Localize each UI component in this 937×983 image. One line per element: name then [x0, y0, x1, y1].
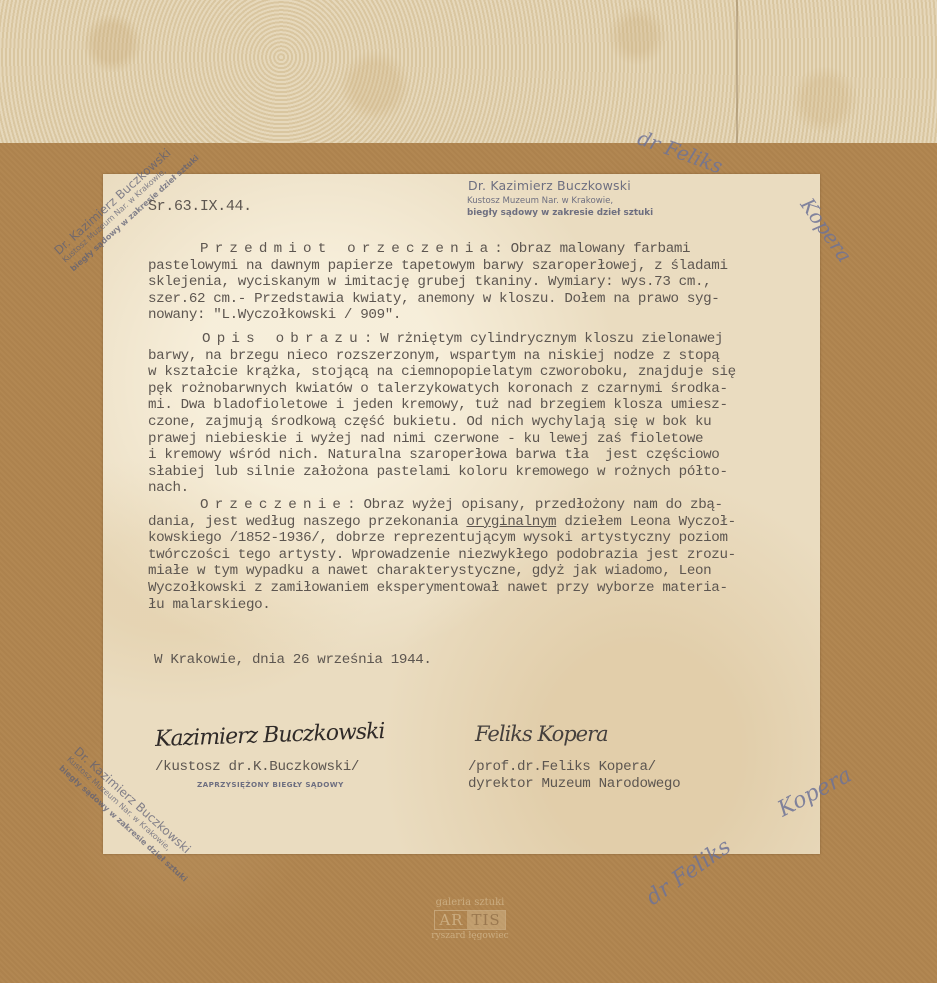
sworn-expert-stamp: ZAPRZYSIĘŻONY BIEGŁY SĄDOWY [197, 780, 344, 789]
verdict-paragraph: Orzeczenie: Obraz wyżej opisany, przedło… [148, 497, 736, 613]
description-line: : W rżniętym cylindrycznym kloszu zielon… [364, 331, 723, 347]
description-line: nach. [148, 480, 189, 496]
letterhead: Dr. Kazimierz Buczkowski Kustosz Muzeum … [467, 178, 667, 218]
watermark-logo-left: AR [435, 911, 467, 929]
verdict-line: dziełem Leona Wyczoł- [556, 514, 736, 530]
description-line: i kremowy wśród nich. Naturalna szaroper… [148, 447, 719, 463]
description-line: prawej niebieskie i wyżej nad nimi czerw… [148, 431, 703, 447]
verdict-line: łu malarskiego. [148, 597, 270, 613]
reference-number: Sr.63.IX.44. [148, 199, 252, 216]
description-line: w kształcie krążka, stojącą na ciemnopop… [148, 364, 736, 380]
description-line: pęk rożnobarwnych kwiatów o talerzykowat… [148, 381, 728, 397]
watermark-line3: ryszard łęgowiec [420, 931, 520, 941]
description-paragraph: Opis obrazu: W rżniętym cylindrycznym kl… [148, 331, 736, 497]
description-line: barwy, na brzegu nieco rozszerzonym, wsp… [148, 348, 719, 364]
description-line: mi. Dwa bladofioletowe i jeden kremowy, … [148, 397, 728, 413]
board-crack [736, 0, 738, 143]
verdict-line: : Obraz wyżej opisany, przedłożony nam d… [347, 497, 723, 513]
watermark-line1: galeria sztuki [420, 897, 520, 908]
subject-line: pastelowymi na dawnym papierze tapetowym… [148, 258, 728, 274]
kopera-name-line: /prof.dr.Feliks Kopera/ [468, 759, 656, 775]
verdict-line: twórczości tego artysty. Wprowadzenie ni… [148, 547, 736, 563]
subject-line: szer.62 cm.- Przedstawia kwiaty, anemony… [148, 291, 719, 307]
verdict-line: dania, jest według naszego przekonania [148, 514, 466, 530]
letterhead-name: Dr. Kazimierz Buczkowski [467, 178, 667, 193]
subject-heading: Przedmiot orzeczenia [200, 241, 494, 257]
description-line: czone, zajmują środkową część bukietu. O… [148, 414, 711, 430]
kopera-title-line: dyrektor Muzeum Narodowego [468, 776, 680, 792]
subject-line: sklejenia, wyciskanym w imitację grubej … [148, 274, 711, 290]
subject-line: : Obraz malowany farbami [494, 241, 690, 257]
subject-paragraph: Przedmiot orzeczenia: Obraz malowany far… [148, 241, 728, 324]
gallery-watermark: galeria sztuki ARTIS ryszard łęgowiec [420, 897, 520, 941]
watermark-logo: ARTIS [434, 910, 505, 930]
verdict-line: miałe w tym wypadku a nawet charakteryst… [148, 563, 711, 579]
underlined-original: oryginalnym [466, 514, 556, 530]
description-heading: Opis obrazu [202, 331, 364, 347]
subject-line: nowany: "L.Wyczołkowski / 909". [148, 307, 401, 323]
letterhead-expertise: biegły sądowy w zakresie dzieł sztuki [467, 208, 667, 218]
verdict-line: kowskiego /1852-1936/, dobrze reprezentu… [148, 530, 728, 546]
signature-kopera: Feliks Kopera [475, 722, 608, 746]
letterhead-role: Kustosz Muzeum Nar. w Krakowie, [467, 196, 667, 206]
watermark-logo-right: TIS [467, 911, 504, 929]
verdict-line: Wyczołkowski z zamiłowaniem eksperymento… [148, 580, 728, 596]
typed-name-kopera: /prof.dr.Feliks Kopera/ dyrektor Muzeum … [468, 759, 680, 793]
verdict-heading: Orzeczenie [200, 497, 347, 513]
typed-name-buczkowski: /kustosz dr.K.Buczkowski/ [155, 759, 359, 776]
top-board-background [0, 0, 937, 143]
description-line: słabiej lub silnie założona pastelami ko… [148, 464, 728, 480]
place-and-date: W Krakowie, dnia 26 września 1944. [154, 652, 432, 669]
